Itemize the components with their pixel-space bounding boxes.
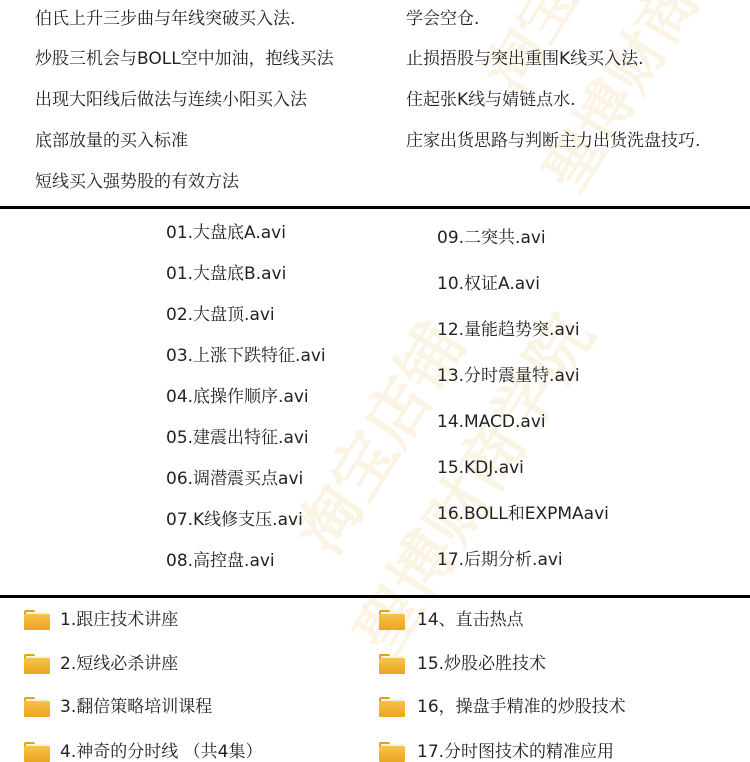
file-item[interactable]: 01.大盘底B.avi [166, 263, 286, 285]
file-item[interactable]: 07.K线修支压.avi [166, 509, 303, 531]
topic-item: 学会空仓. [406, 8, 479, 30]
file-item[interactable]: 13.分时震量特.avi [437, 365, 580, 387]
file-item[interactable]: 09.二突共.avi [437, 227, 546, 249]
file-item[interactable]: 10.权证A.avi [437, 273, 540, 295]
file-item[interactable]: 03.上涨下跌特征.avi [166, 345, 326, 367]
file-item[interactable]: 12.量能趋势突.avi [437, 319, 580, 341]
topic-item: 短线买入强势股的有效方法 [35, 171, 239, 193]
file-item[interactable]: 05.建震出特征.avi [166, 427, 309, 449]
folder-icon [24, 697, 50, 717]
folder-icon [24, 610, 50, 630]
folder-item[interactable]: 17.分时图技术的精准应用 [379, 739, 614, 762]
folder-label: 14、直击热点 [417, 609, 524, 631]
folder-item[interactable]: 4.神奇的分时线 （共4集） [24, 739, 262, 762]
folder-item[interactable]: 1.跟庄技术讲座 [24, 607, 178, 633]
topic-item: 止损捂股与突出重围K线买入法. [406, 48, 644, 70]
file-item[interactable]: 17.后期分析.avi [437, 549, 563, 571]
file-item[interactable]: 15.KDJ.avi [437, 457, 524, 479]
folder-item[interactable]: 3.翻倍策略培训课程 [24, 694, 212, 720]
topic-item: 伯氏上升三步曲与年线突破买入法. [35, 8, 295, 30]
folder-label: 4.神奇的分时线 （共4集） [60, 741, 262, 762]
folder-icon [24, 742, 50, 762]
topic-item: 底部放量的买入标准 [35, 130, 188, 152]
topic-item: 出现大阳线后做法与连续小阳买入法 [35, 89, 307, 111]
folder-icon [24, 654, 50, 674]
file-item[interactable]: 02.大盘顶.avi [166, 304, 275, 326]
folder-icon [379, 697, 405, 717]
folder-label: 1.跟庄技术讲座 [60, 609, 178, 631]
file-item[interactable]: 14.MACD.avi [437, 411, 546, 433]
file-item[interactable]: 01.大盘底A.avi [166, 222, 286, 244]
folder-icon [379, 654, 405, 674]
folder-item[interactable]: 2.短线必杀讲座 [24, 651, 178, 677]
divider [0, 206, 750, 209]
folder-icon [379, 610, 405, 630]
file-item[interactable]: 06.调潜震买点avi [166, 468, 303, 490]
folder-label: 15.炒股必胜技术 [417, 653, 546, 675]
folders-section: 1.跟庄技术讲座 2.短线必杀讲座 3.翻倍策略培训课程 4.神奇的分时线 （共… [0, 598, 750, 762]
folder-label: 3.翻倍策略培训课程 [60, 696, 212, 718]
folder-item[interactable]: 15.炒股必胜技术 [379, 651, 546, 677]
folder-label: 16，操盘手精准的炒股技术 [417, 696, 626, 718]
folder-item[interactable]: 14、直击热点 [379, 607, 524, 633]
folder-label: 17.分时图技术的精准应用 [417, 741, 614, 762]
folder-label: 2.短线必杀讲座 [60, 653, 178, 675]
folder-icon [379, 742, 405, 762]
file-item[interactable]: 08.高控盘.avi [166, 550, 275, 572]
topics-section: 伯氏上升三步曲与年线突破买入法. 炒股三机会与BOLL空中加油，抱线买法 出现大… [0, 0, 750, 206]
file-item[interactable]: 04.底操作顺序.avi [166, 386, 309, 408]
topic-item: 庄家出货思路与判断主力出货洗盘技巧. [406, 130, 700, 152]
topic-item: 炒股三机会与BOLL空中加油，抱线买法 [35, 48, 334, 70]
divider [0, 595, 750, 598]
file-item[interactable]: 16.BOLL和EXPMAavi [437, 503, 609, 525]
video-files-section: 01.大盘底A.avi 01.大盘底B.avi 02.大盘顶.avi 03.上涨… [0, 209, 750, 595]
folder-item[interactable]: 16，操盘手精准的炒股技术 [379, 694, 626, 720]
topic-item: 住起张K线与婧链点水. [406, 89, 576, 111]
